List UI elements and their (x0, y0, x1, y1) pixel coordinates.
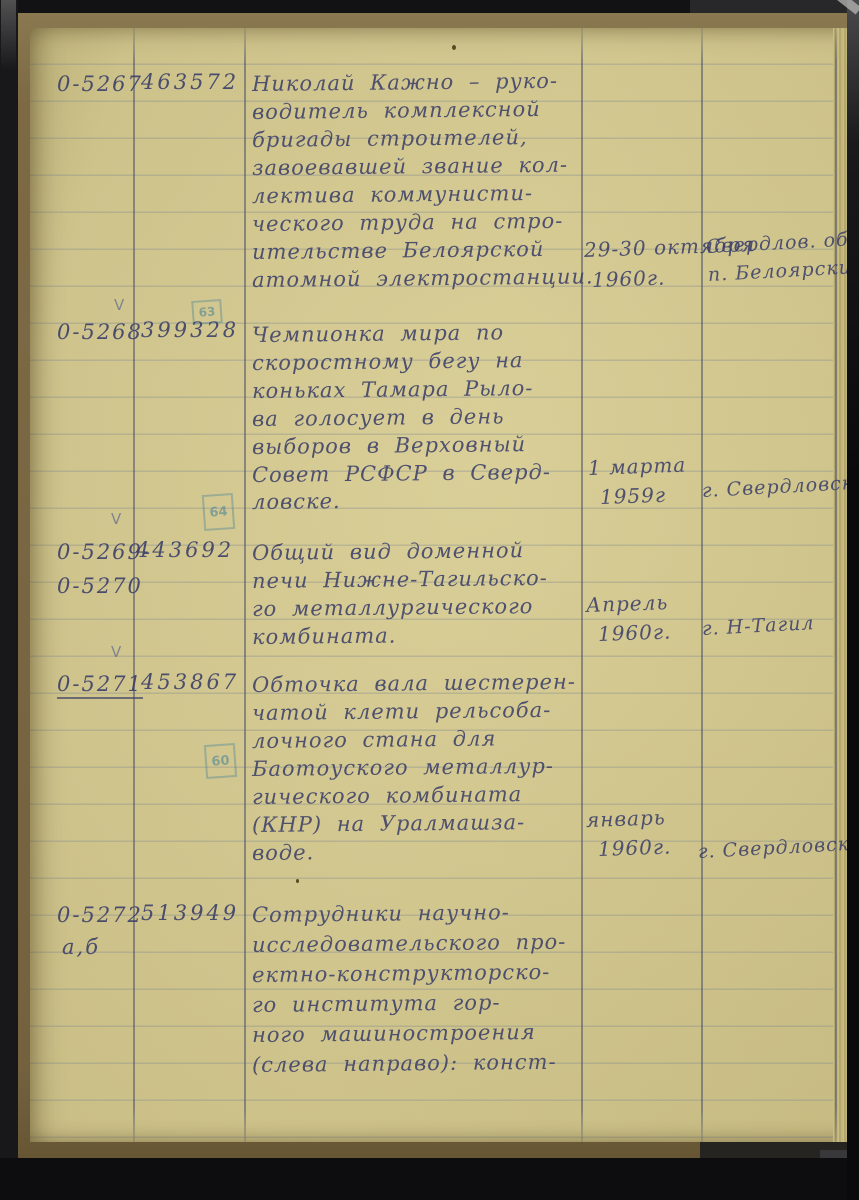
table-column-line (835, 28, 837, 1142)
entry-date-line: 1960г. (598, 621, 672, 644)
entry-description-line: Николай Кажно – руко- (252, 71, 558, 95)
scan-border-bottom (0, 1158, 859, 1200)
entry-photo-number: 0-5268 (57, 322, 143, 343)
entry-description-line: ческого труда на стро- (252, 211, 563, 235)
entry-description-line: исследовательского про- (252, 932, 566, 956)
entry-description-line: (слева направо): конст- (252, 1052, 557, 1076)
entry-description-line: го металлургического (252, 596, 534, 620)
entry-description-line: Совет РСФСР в Сверд- (252, 462, 551, 486)
entry-description-line: коньках Тамара Рыло- (252, 378, 534, 402)
entry-description-line: комбината. (252, 625, 397, 648)
entry-date-line: 1 марта (588, 455, 687, 478)
entry-description-line: ительстве Белоярской (252, 239, 545, 263)
table-column-line (244, 28, 246, 1142)
entry-description-line: ектно-конструкторско- (252, 962, 551, 986)
scanned-ledger-page: 0-5267 463572 Николай Кажно – руко- води… (0, 0, 859, 1200)
entry-photo-number: 0-5272 (57, 905, 143, 926)
check-mark: V (111, 643, 121, 661)
entry-photo-number: 0-5271 (57, 674, 143, 695)
entry-description-line: Общий вид доменной (252, 540, 524, 564)
entry-date-line: январь (586, 807, 666, 830)
entry-description-line: (КНР) на Уралмашза- (252, 812, 525, 836)
underlined-number: 0-5271 (57, 672, 143, 699)
paper-speck (296, 879, 299, 883)
entry-description-line: бригады строителей, (252, 127, 528, 151)
entry-negative-number: 443692 (136, 540, 234, 561)
entry-description-line: ловске. (252, 491, 341, 513)
stamp-glyph: 64 (209, 504, 228, 520)
check-mark: V (114, 296, 124, 314)
entry-description-line: ва голосует в день (252, 406, 505, 430)
scan-border-left (0, 0, 18, 1200)
entry-date-line: 1960г. (598, 836, 672, 859)
paper-speck (452, 45, 456, 50)
entry-description-line: лектива коммунисти- (252, 183, 533, 207)
entry-description-line: гического комбината (252, 784, 522, 808)
entry-negative-number: 453867 (141, 672, 239, 693)
scan-border-top-right (690, 0, 859, 13)
entry-description-line: атомной электростанции. (252, 266, 594, 291)
table-column-line (701, 28, 703, 1142)
entry-date-line: 1959г (600, 485, 667, 507)
entry-description-line: Сотрудники научно- (252, 902, 510, 926)
entry-photo-number: 0-5270 (57, 576, 143, 597)
archive-stamp-icon: 64 (202, 493, 235, 531)
entry-description-line: завоевавшей звание кол- (252, 155, 568, 179)
entry-description-line: выборов в Верховный (252, 434, 526, 458)
check-mark: V (111, 510, 121, 528)
entry-description-line: Баотоуского металлур- (252, 756, 554, 780)
entry-description-line: водитель комплексной (252, 99, 541, 123)
entry-description-line: ного машиностроения (252, 1022, 536, 1046)
stamp-glyph: 60 (211, 753, 230, 769)
entry-date-line: 1960г. (592, 267, 666, 290)
entry-description-line: печи Нижне-Тагильско- (252, 568, 548, 592)
table-column-line (581, 28, 583, 1142)
entry-negative-number: 513949 (141, 903, 239, 924)
archive-stamp-icon: 60 (204, 743, 237, 779)
entry-description-line: лочного стана для (252, 728, 497, 752)
entry-negative-number: 463572 (141, 72, 239, 93)
entry-description-line: Чемпионка мира по (252, 322, 504, 346)
entry-description-line: скоростному бегу на (252, 350, 524, 374)
entry-photo-number-suffix: а,б (62, 937, 100, 958)
scan-border-right (847, 0, 859, 1200)
entry-description-line: Обточка вала шестерен- (252, 672, 576, 696)
entry-negative-number: 399328 (141, 320, 239, 341)
entry-date-line: Апрель (586, 592, 669, 615)
entry-description-line: чатой клети рельсоба- (252, 700, 552, 724)
scan-glare-streak (1, 0, 16, 70)
entry-description-line: воде. (252, 842, 314, 864)
entry-description-line: го института гор- (252, 992, 501, 1016)
entry-photo-number: 0-5267 (57, 74, 143, 95)
